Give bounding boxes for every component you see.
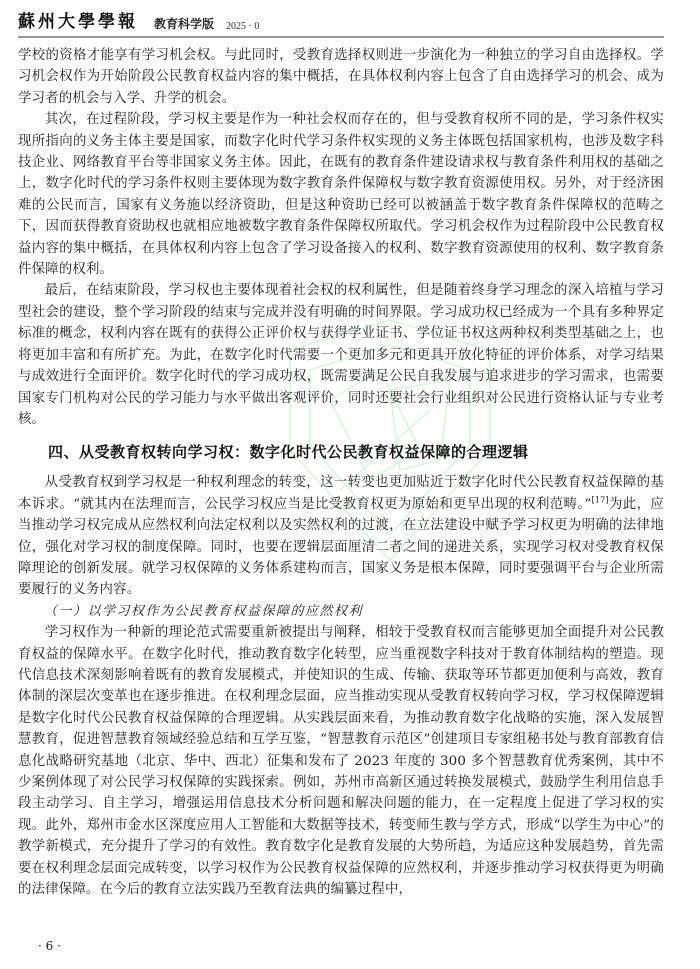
page-number: · 6 · xyxy=(38,939,61,953)
journal-edition: 教育科学版 xyxy=(154,15,214,32)
paragraph-text: 从受教育权到学习权是一种权利理念的转变，这一转变也更加贴近于数字化时代公民教育权… xyxy=(18,475,664,511)
paragraph: 学习权作为一种新的理论范式需要重新被提出与阐释，相较于受教育权而言能够更加全面提… xyxy=(18,622,664,900)
paragraph: 其次，在过程阶段，学习权主要是作为一种社会权而存在的，但与受教育权所不同的是，学… xyxy=(18,109,664,280)
article-body: 学校的资格才能享有学习机会权。与此同时，受教育选择权则进一步演化为一种独立的学习… xyxy=(18,45,664,900)
paragraph: 最后，在结束阶段，学习权也主要体现着社会权的权利属性，但是随着终身学习理念的深入… xyxy=(18,280,664,430)
running-header: 蘇州大學學報 教育科学版 2025 · 0 xyxy=(18,6,664,38)
section-heading: 四、从受教育权转向学习权：数字化时代公民教育权益保障的合理逻辑 xyxy=(18,441,664,462)
subsection-heading: （一）以学习权作为公民教育权益保障的应然权利 xyxy=(18,601,664,622)
journal-name: 蘇州大學學報 xyxy=(18,7,138,32)
paragraph: 学校的资格才能享有学习机会权。与此同时，受教育选择权则进一步演化为一种独立的学习… xyxy=(18,45,664,109)
citation-reference[interactable]: [17] xyxy=(592,495,609,504)
paragraph: 从受教育权到学习权是一种权利理念的转变，这一转变也更加贴近于数字化时代公民教育权… xyxy=(18,472,664,600)
issue-number: 2025 · 0 xyxy=(226,21,259,32)
